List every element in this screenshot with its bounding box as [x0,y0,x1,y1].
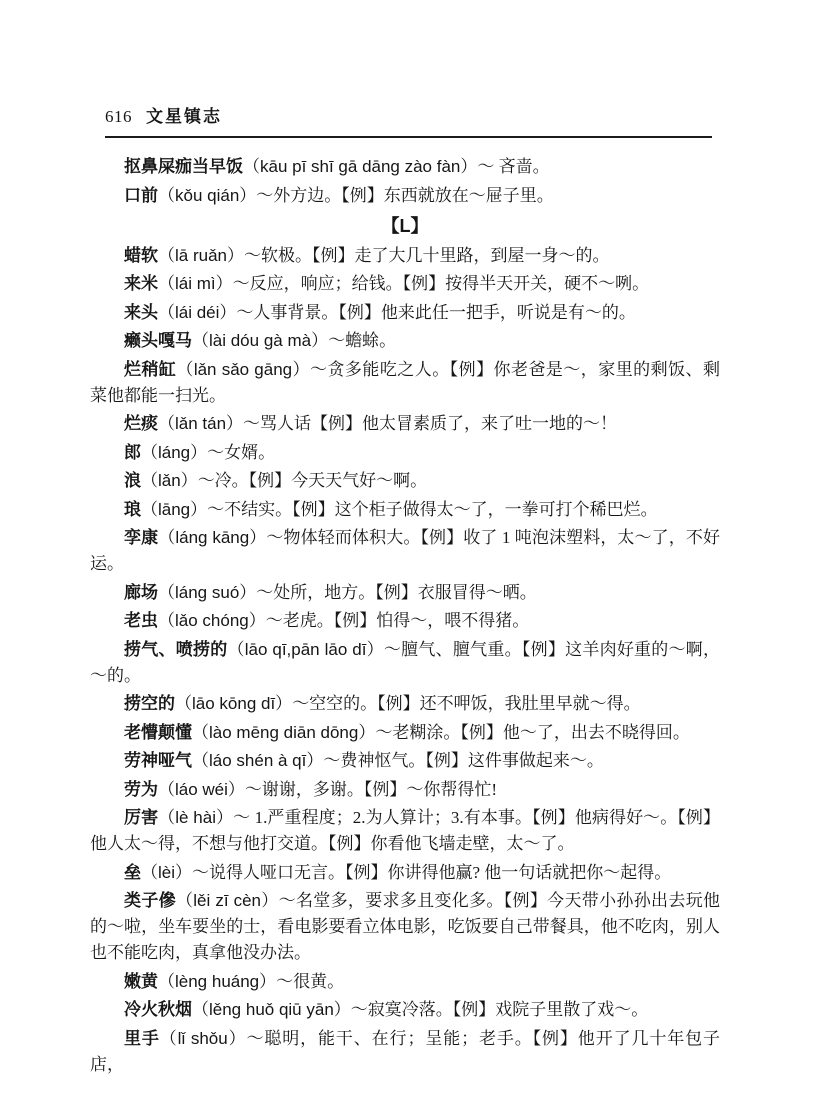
entry-headword: 老懵颠懂 [124,723,192,742]
entry-pinyin: （lài dóu gà mà） [192,331,328,350]
section-heading-L: 【L】 [90,213,720,239]
entry-headword: 类子傪 [124,891,176,910]
entry-headword: 嫩黄 [124,972,158,991]
dictionary-content: 抠鼻屎痂当早饭（kāu pī shī gā dāng zào fàn）～ 吝啬。… [90,154,720,1078]
entry-headword: 烂痰 [124,414,158,433]
entry-pinyin: （lǎo chóng） [158,611,266,630]
entry-definition: ～冷。【例】今天天气好～啊。 [198,471,428,490]
entry-headword: 烂稍缸 [124,360,176,379]
book-title: 文星镇志 [146,104,222,130]
entry-headword: 廊场 [124,583,158,602]
entry-list-top: 抠鼻屎痂当早饭（kāu pī shī gā dāng zào fàn）～ 吝啬。… [90,154,720,209]
page-number: 616 [105,104,132,130]
entry-pinyin: （lào mēng diān dōng） [192,723,375,742]
page-header: 616 文星镇志 [105,104,712,138]
entry-headword: 捞空的 [124,694,175,713]
entry-definition: ～空空的。【例】还不呷饭，我肚里早就～得。 [292,694,641,713]
entry-pinyin: （lā ruǎn） [158,246,244,265]
entry-definition: ～不结实。【例】这个柜子做得太～了，一拳可打个稀巴烂。 [207,500,658,519]
entry-pinyin: （lǎn sǎo gāng） [176,360,310,379]
entry-definition: ～骂人话【例】他太冒素质了，来了吐一地的～！ [243,414,617,433]
entry-definition: ～外方边。【例】东西就放在～屉子里。 [256,186,554,205]
entry-headword: 冷火秋烟 [124,1000,192,1019]
entry-pinyin: （láng kāng） [158,528,266,547]
entry-pinyin: （lāo kōng dī） [175,694,292,713]
entry-definition: ～老糊涂。【例】他～了，出去不晓得回。 [375,723,690,742]
dictionary-entry: 郎（láng）～女婿。 [90,440,720,466]
entry-definition: ～蟾蜍。 [328,331,396,350]
entry-pinyin: （lè hài） [158,808,233,827]
dictionary-entry: 孪康（láng kāng）～物体轻而体积大。【例】收了 1 吨泡沫塑料，太～了，… [90,525,720,577]
dictionary-entry: 冷火秋烟（lěng huǒ qiū yān）～寂寞冷落。【例】戏院子里散了戏～。 [90,997,720,1023]
entry-pinyin: （lāo qī,pān lāo dī） [227,640,383,659]
dictionary-entry: 抠鼻屎痂当早饭（kāu pī shī gā dāng zào fàn）～ 吝啬。 [90,154,720,180]
entry-headword: 劳为 [124,780,158,799]
entry-pinyin: （kāu pī shī gā dāng zào fàn） [243,157,477,176]
entry-definition: ～反应，响应；给钱。【例】按得半天开关，硬不～咧。 [233,274,650,293]
entry-list-main: 蜡软（lā ruǎn）～软极。【例】走了大几十里路，到屋一身～的。来米（lái … [90,243,720,1078]
entry-headword: 来头 [124,303,158,322]
entry-definition: ～软极。【例】走了大几十里路，到屋一身～的。 [244,246,610,265]
entry-headword: 浪 [124,471,141,490]
entry-pinyin: （lěng huǒ qiū yān） [192,1000,351,1019]
dictionary-entry: 类子傪（lěi zī cèn）～名堂多，要求多且变化多。【例】今天带小孙孙出去玩… [90,888,720,966]
dictionary-entry: 烂稍缸（lǎn sǎo gāng）～贪多能吃之人。【例】你老爸是～，家里的剩饭、… [90,357,720,409]
dictionary-entry: 垒（lèi）～说得人哑口无言。【例】你讲得他赢? 他一句话就把你～起得。 [90,860,720,886]
entry-pinyin: （lèi） [141,863,192,882]
entry-headword: 琅 [124,500,141,519]
entry-pinyin: （kǒu qián） [158,186,256,205]
dictionary-entry: 琅（lāng）～不结实。【例】这个柜子做得太～了，一拳可打个稀巴烂。 [90,497,720,523]
dictionary-entry: 老虫（lǎo chóng）～老虎。【例】怕得～，喂不得猪。 [90,608,720,634]
book-page: 616 文星镇志 抠鼻屎痂当早饭（kāu pī shī gā dāng zào … [0,0,816,1099]
dictionary-entry: 来米（lái mì）～反应，响应；给钱。【例】按得半天开关，硬不～咧。 [90,271,720,297]
entry-pinyin: （lǐ shǒu） [160,1029,247,1048]
entry-headword: 癞头嘎马 [124,331,192,350]
entry-definition: ～很黄。 [276,972,344,991]
entry-headword: 郎 [124,443,141,462]
dictionary-entry: 劳为（láo wéi）～谢谢，多谢。【例】～你帮得忙! [90,777,720,803]
dictionary-entry: 捞空的（lāo kōng dī）～空空的。【例】还不呷饭，我肚里早就～得。 [90,691,720,717]
entry-headword: 劳神哑气 [124,751,192,770]
entry-definition: ～女婿。 [207,443,275,462]
entry-headword: 来米 [124,274,158,293]
entry-definition: ～处所，地方。【例】衣服冒得～晒。 [256,583,537,602]
dictionary-entry: 癞头嘎马（lài dóu gà mà）～蟾蜍。 [90,328,720,354]
dictionary-entry: 蜡软（lā ruǎn）～软极。【例】走了大几十里路，到屋一身～的。 [90,243,720,269]
dictionary-entry: 厉害（lè hài）～ 1.严重程度；2.为人算计；3.有本事。【例】他病得好～… [90,805,720,857]
entry-headword: 抠鼻屎痂当早饭 [124,157,243,176]
entry-pinyin: （lái mì） [158,274,233,293]
entry-headword: 孪康 [124,528,158,547]
entry-headword: 老虫 [124,611,158,630]
entry-pinyin: （lǎn） [141,471,198,490]
entry-pinyin: （lěi zī cèn） [176,891,279,910]
entry-definition: ～谢谢，多谢。【例】～你帮得忙! [245,780,497,799]
entry-pinyin: （láo shén à qī） [192,751,323,770]
entry-headword: 里手 [124,1029,160,1048]
entry-definition: ～说得人哑口无言。【例】你讲得他赢? 他一句话就把你～起得。 [192,863,671,882]
entry-pinyin: （lái déi） [158,303,236,322]
entry-headword: 蜡软 [124,246,158,265]
entry-pinyin: （lǎn tán） [158,414,243,433]
entry-pinyin: （láng suó） [158,583,256,602]
entry-pinyin: （láo wéi） [158,780,245,799]
entry-headword: 捞气、喷捞的 [124,640,227,659]
dictionary-entry: 老懵颠懂（lào mēng diān dōng）～老糊涂。【例】他～了，出去不晓… [90,720,720,746]
entry-headword: 厉害 [124,808,158,827]
dictionary-entry: 廊场（láng suó）～处所，地方。【例】衣服冒得～晒。 [90,580,720,606]
entry-definition: ～人事背景。【例】他来此任一把手，听说是有～的。 [236,303,636,322]
dictionary-entry: 烂痰（lǎn tán）～骂人话【例】他太冒素质了，来了吐一地的～！ [90,411,720,437]
dictionary-entry: 浪（lǎn）～冷。【例】今天天气好～啊。 [90,468,720,494]
entry-definition: ～寂寞冷落。【例】戏院子里散了戏～。 [351,1000,649,1019]
dictionary-entry: 里手（lǐ shǒu）～聪明，能干、在行；呈能；老手。【例】他开了几十年包子店， [90,1026,720,1078]
entry-pinyin: （lāng） [141,500,207,519]
dictionary-entry: 来头（lái déi）～人事背景。【例】他来此任一把手，听说是有～的。 [90,300,720,326]
entry-definition: ～费神怄气。【例】这件事做起来～。 [323,751,604,770]
entry-pinyin: （láng） [141,443,207,462]
dictionary-entry: 捞气、喷捞的（lāo qī,pān lāo dī）～膻气、膻气重。【例】这羊肉好… [90,637,720,689]
entry-headword: 口前 [124,186,158,205]
dictionary-entry: 嫩黄（lèng huáng）～很黄。 [90,969,720,995]
entry-definition: ～ 吝啬。 [477,157,549,176]
dictionary-entry: 劳神哑气（láo shén à qī）～费神怄气。【例】这件事做起来～。 [90,748,720,774]
entry-pinyin: （lèng huáng） [158,972,276,991]
entry-headword: 垒 [124,863,141,882]
entry-definition: ～老虎。【例】怕得～，喂不得猪。 [266,611,530,630]
dictionary-entry: 口前（kǒu qián）～外方边。【例】东西就放在～屉子里。 [90,183,720,209]
